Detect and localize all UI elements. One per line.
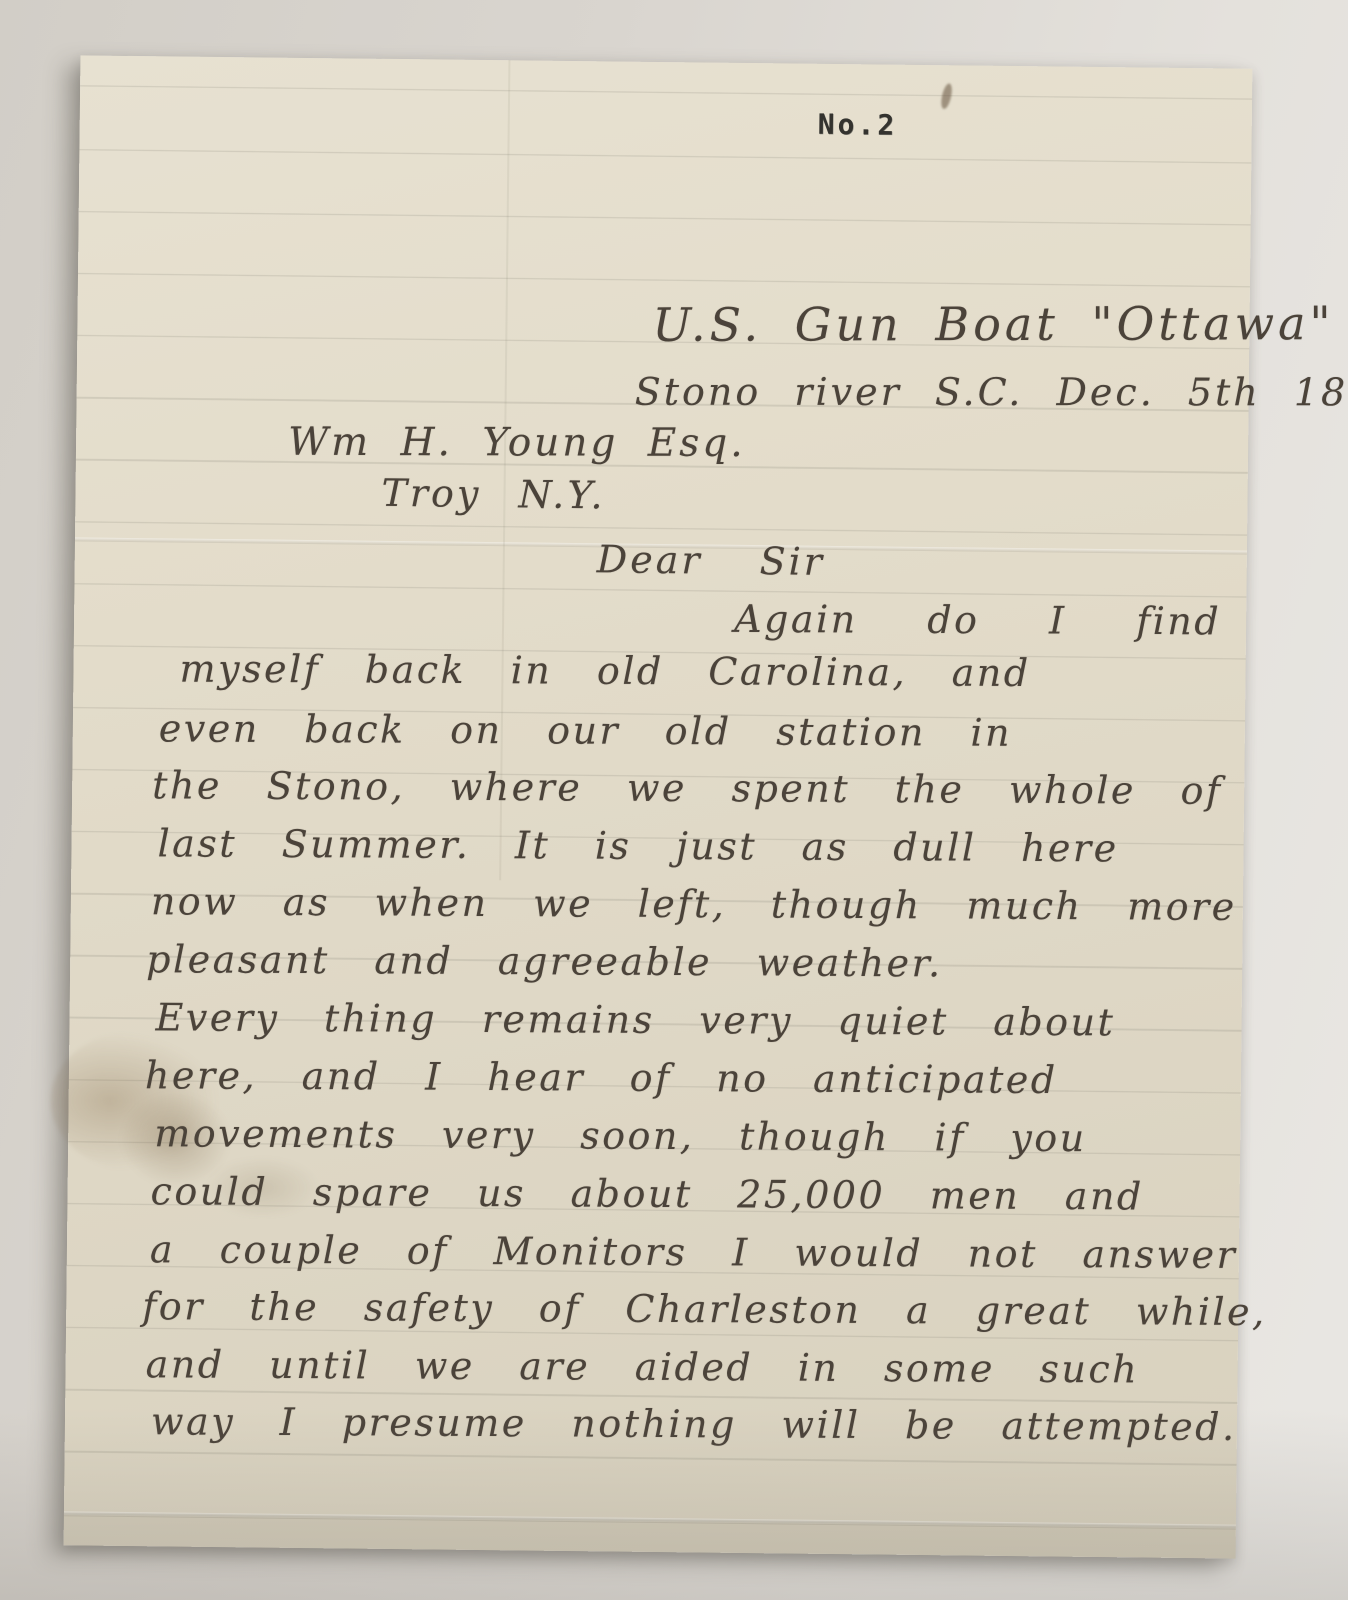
recipient-address: Troy N.Y. bbox=[381, 471, 606, 518]
photo-background: No.2 U.S. Gun Boat "Ottawa" Stono river … bbox=[0, 0, 1348, 1600]
vertical-fold-crease bbox=[499, 60, 510, 880]
letter-line: now as when we left, though much more bbox=[151, 879, 1237, 929]
horizontal-fold-crease bbox=[64, 1511, 1236, 1529]
letter-line: the Stono, where we spent the whole of bbox=[152, 763, 1223, 813]
letter-line: way I presume nothing will be attempted. bbox=[151, 1399, 1237, 1449]
letter-line: here, and I hear of no anticipated bbox=[145, 1053, 1058, 1102]
bottom-fold-band bbox=[64, 1515, 1236, 1558]
letter-line: even back on our old station in bbox=[159, 706, 1012, 754]
letter-line: a couple of Monitors I would not answer bbox=[150, 1227, 1237, 1277]
salutation: Dear Sir bbox=[597, 537, 826, 584]
letter-line: pleasant and agreeable weather. bbox=[146, 937, 943, 985]
letter-line: and until we are aided in some such bbox=[146, 1342, 1140, 1391]
letter-line: last Summer. It is just as dull here bbox=[157, 821, 1118, 870]
letterhead-ship: U.S. Gun Boat "Ottawa" bbox=[652, 296, 1334, 352]
letter-line: Every thing remains very quiet about bbox=[155, 995, 1115, 1044]
letter-line: movements very soon, though if you bbox=[154, 1111, 1087, 1160]
page-number-stamp: No.2 bbox=[818, 108, 898, 142]
letter-line: could spare us about 25,000 men and bbox=[150, 1169, 1143, 1218]
letter-line: Again do I find bbox=[734, 597, 1221, 644]
letter-line: for the safety of Charleston a great whi… bbox=[142, 1284, 1267, 1334]
recipient-name: Wm H. Young Esq. bbox=[288, 420, 746, 466]
letter-line: myself back in old Carolina, and bbox=[179, 647, 1030, 695]
letter-page: No.2 U.S. Gun Boat "Ottawa" Stono river … bbox=[64, 55, 1253, 1558]
ink-speck bbox=[939, 83, 953, 110]
letterhead-place-date: Stono river S.C. Dec. 5th 1862 bbox=[635, 370, 1348, 415]
